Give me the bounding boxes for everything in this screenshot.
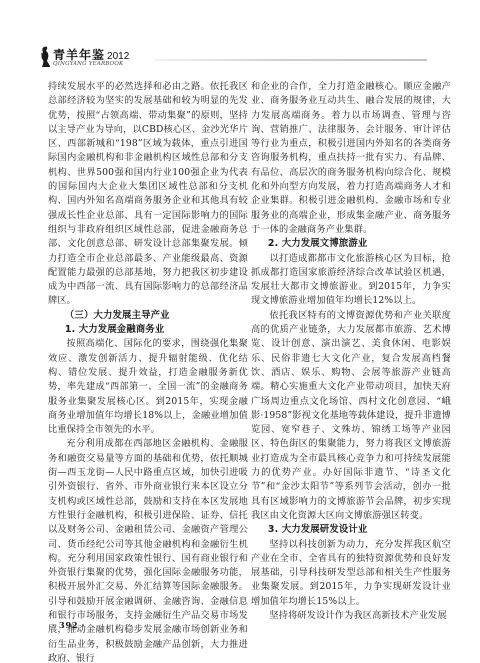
logo-subtitle: QINGYANG YEARBOOK [53, 61, 123, 67]
paragraph: 和企业的合作，全力打造金融核心。顺应金融产业、商务服务业互动共生、融合发展的规律… [251, 80, 451, 237]
paragraph: 持续发展水平的必然选择和必由之路。依托我区总部经济较为坚实的发展基础和较为明显的… [48, 80, 248, 309]
yearbook-logo: 青羊年鉴2012 QINGYANG YEARBOOK [40, 44, 150, 72]
figure-logo-icon [40, 46, 51, 68]
page-header: 青羊年鉴2012 QINGYANG YEARBOOK [40, 44, 460, 74]
header-divider [155, 59, 427, 61]
paragraph: 坚持以科技创新为动力，充分发挥我区航空产业在全市、全省具有的独特资源优势和良好发… [251, 538, 451, 609]
page-number: · 392 · [52, 621, 85, 631]
subsection-heading: 1. 大力发展金融商务业 [48, 323, 248, 337]
section-heading: （三）大力发展主导产业 [48, 309, 248, 323]
subsection-heading: 2. 大力发展文博旅游业 [251, 237, 451, 251]
paragraph: 依托我区特有的文博资源优势和产业关联度高的优质产业链条，大力发展都市旅游、艺术博… [251, 309, 451, 523]
left-column: 持续发展水平的必然选择和必由之路。依托我区总部经济较为坚实的发展基础和较为明显的… [48, 80, 248, 663]
subsection-heading: 3. 大力发展研发设计业 [251, 523, 451, 537]
paragraph: 以打造成都都市文化旅游核心区为目标，抢抓成都打造国家旅游经济综合改革试验区机遇，… [251, 252, 451, 309]
paragraph: 坚持将研发设计作为我区高新技术产业发展 [251, 609, 451, 623]
right-column: 和企业的合作，全力打造金融核心。顺应金融产业、商务服务业互动共生、融合发展的规律… [251, 80, 451, 623]
paragraph: 按照高端化、国际化的要求，围绕强化集聚效应、激发创新活力、提升辐射能级、优化结构… [48, 337, 248, 437]
